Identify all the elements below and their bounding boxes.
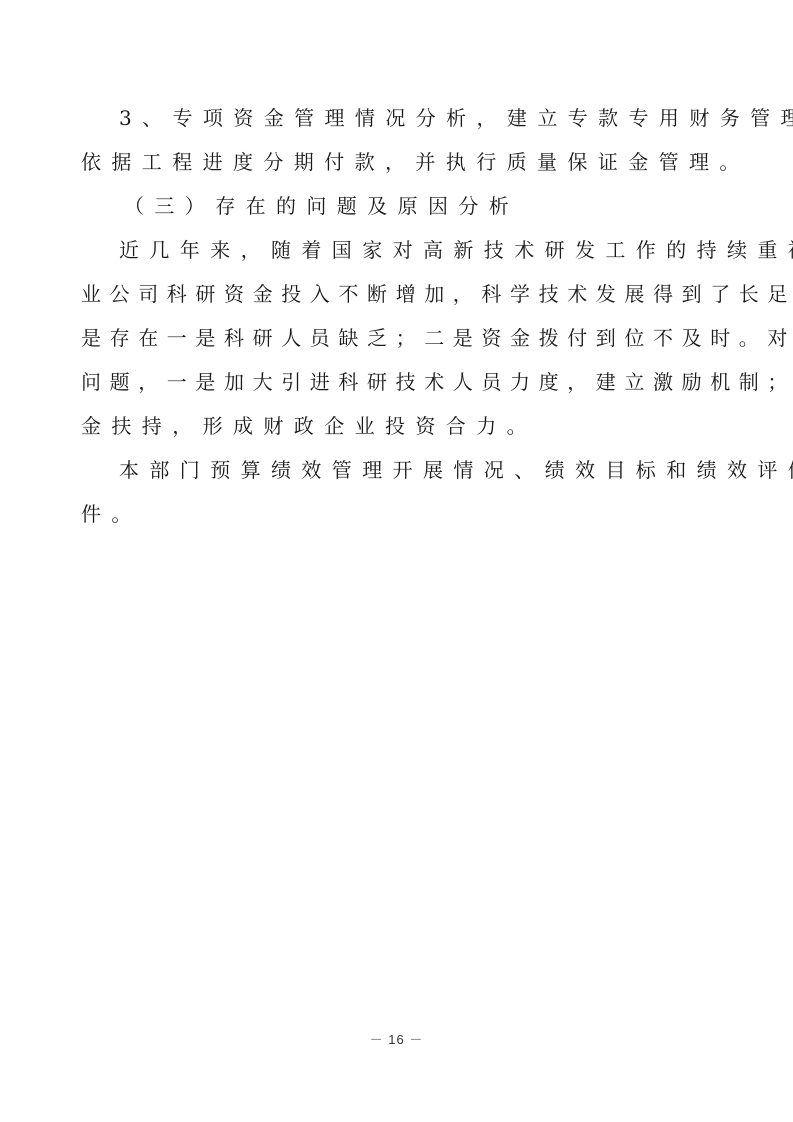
page-number: － 16 － bbox=[0, 1029, 793, 1048]
paragraph-problems-line-5: 金扶持，形成财政企业投资合力。 bbox=[81, 411, 721, 441]
paragraph-problems-line-1: 近几年来，随着国家对高新技术研发工作的持续重视，我县的企 bbox=[119, 235, 759, 265]
paragraph-problems-line-4: 问题，一是加大引进科研技术人员力度，建立激励机制；二是加大资 bbox=[81, 367, 721, 397]
paragraph-problems-line-3: 是存在一是科研人员缺乏；二是资金拨付到位不及时。对上述存在的 bbox=[81, 323, 721, 353]
document-page: 3、专项资金管理情况分析，建立专款专用财务管理制度，实行 依据工程进度分期付款，… bbox=[0, 0, 793, 1122]
paragraph-problems-line-2: 业公司科研资金投入不断增加，科学技术发展得到了长足进步。但还 bbox=[81, 279, 721, 309]
paragraph-fund-management-line-2: 依据工程进度分期付款，并执行质量保证金管理。 bbox=[81, 147, 721, 177]
section-heading-problems: （三）存在的问题及原因分析 bbox=[124, 191, 764, 221]
paragraph-attachment-line-2: 件。 bbox=[81, 499, 721, 529]
paragraph-attachment-line-1: 本部门预算绩效管理开展情况、绩效目标和绩效评价报告等见附 bbox=[119, 455, 759, 485]
paragraph-fund-management-line-1: 3、专项资金管理情况分析，建立专款专用财务管理制度，实行 bbox=[119, 103, 759, 133]
